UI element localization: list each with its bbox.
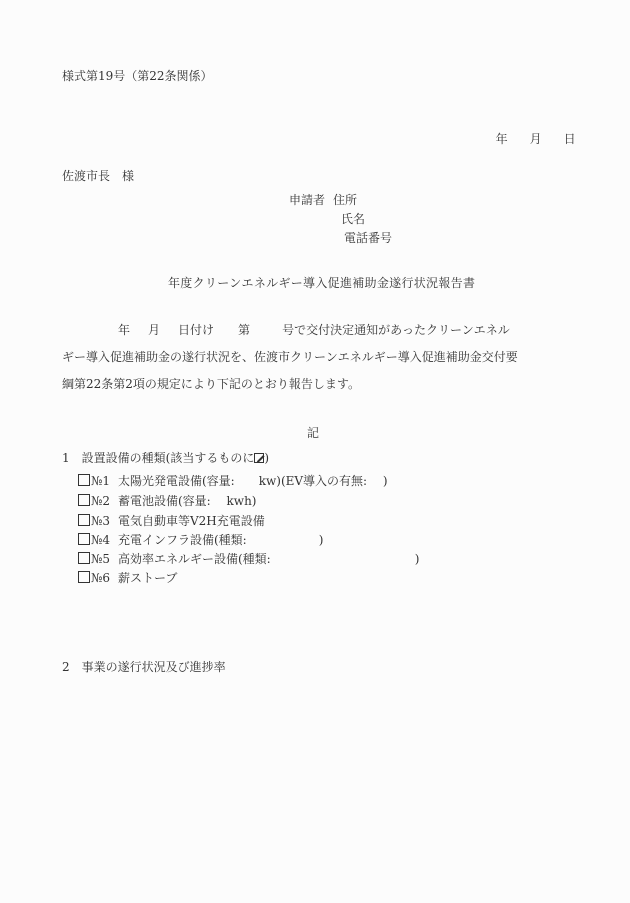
checkbox-icon[interactable] — [78, 552, 90, 564]
body-line-2: ギー導入促進補助金の遂行状況を、佐渡市クリーンエネルギー導入促進補助金交付要 — [62, 351, 582, 363]
body-month: 月 — [148, 323, 160, 337]
checked-box-icon — [254, 453, 264, 463]
section-2-number: 2 — [62, 660, 70, 674]
body-no: 第 — [238, 323, 250, 337]
date-day-label: 日 — [564, 133, 576, 145]
item-label: 太陽光発電設備(容量: kw)(EV導入の有無: ) — [118, 474, 388, 488]
body-day: 日付け — [178, 323, 214, 337]
item-label: 蓄電池設備(容量: kwh) — [118, 494, 257, 508]
checkbox-icon[interactable] — [78, 514, 90, 526]
item-label: 充電インフラ設備(種類: ) — [118, 533, 323, 547]
form-number: 様式第19号（第22条関係） — [62, 70, 213, 82]
equipment-item-2: №2蓄電池設備(容量: kwh) — [78, 494, 257, 507]
equipment-item-5: №5高効率エネルギー設備(種類: ) — [78, 552, 419, 565]
body-year: 年 — [118, 323, 130, 337]
date-month-label: 月 — [530, 133, 542, 145]
applicant-label: 申請者 — [289, 194, 325, 206]
checkbox-icon[interactable] — [78, 494, 90, 506]
date-year-label: 年 — [496, 133, 508, 145]
item-number: №3 — [91, 514, 110, 528]
section-1-number: 1 — [62, 451, 70, 465]
applicant-address-label: 住所 — [333, 194, 357, 206]
section-2-heading: 2事業の遂行状況及び進捗率 — [62, 661, 226, 673]
body-line-1: 年月日付け第号で交付決定通知があったクリーンエネル — [62, 324, 582, 336]
item-label: 高効率エネルギー設備(種類: ) — [118, 552, 419, 566]
equipment-item-4: №4充電インフラ設備(種類: ) — [78, 533, 323, 546]
item-label: 電気自動車等V2H充電設備 — [118, 514, 265, 528]
item-number: №6 — [91, 571, 110, 585]
equipment-item-6: №6薪ストーブ — [78, 571, 177, 584]
body-line-3: 綱第22条第2項の規定により下記のとおり報告します。 — [62, 378, 582, 390]
item-number: №1 — [91, 474, 110, 488]
item-label: 薪ストーブ — [118, 571, 177, 585]
document-title: 年度クリーンエネルギー導入促進補助金遂行状況報告書 — [168, 277, 475, 289]
item-number: №2 — [91, 494, 110, 508]
date-line: 年月日 — [488, 121, 576, 145]
equipment-item-1: №1太陽光発電設備(容量: kw)(EV導入の有無: ) — [78, 474, 388, 487]
addressee: 佐渡市長 様 — [62, 170, 134, 182]
section-1-heading: 1設置設備の種類(該当するものに) — [62, 452, 269, 464]
section-1-title: 設置設備の種類(該当するものに — [82, 451, 255, 465]
checkbox-icon[interactable] — [78, 571, 90, 583]
checkbox-icon[interactable] — [78, 474, 90, 486]
item-number: №5 — [91, 552, 110, 566]
item-number: №4 — [91, 533, 110, 547]
applicant-name-label: 氏名 — [341, 213, 365, 225]
ki-heading: 記 — [307, 427, 319, 439]
body-line1-rest: 号で交付決定通知があったクリーンエネル — [282, 323, 510, 337]
applicant-phone-label: 電話番号 — [344, 232, 392, 244]
section-2-title: 事業の遂行状況及び進捗率 — [82, 660, 226, 674]
checkbox-icon[interactable] — [78, 533, 90, 545]
equipment-item-3: №3電気自動車等V2H充電設備 — [78, 514, 265, 527]
